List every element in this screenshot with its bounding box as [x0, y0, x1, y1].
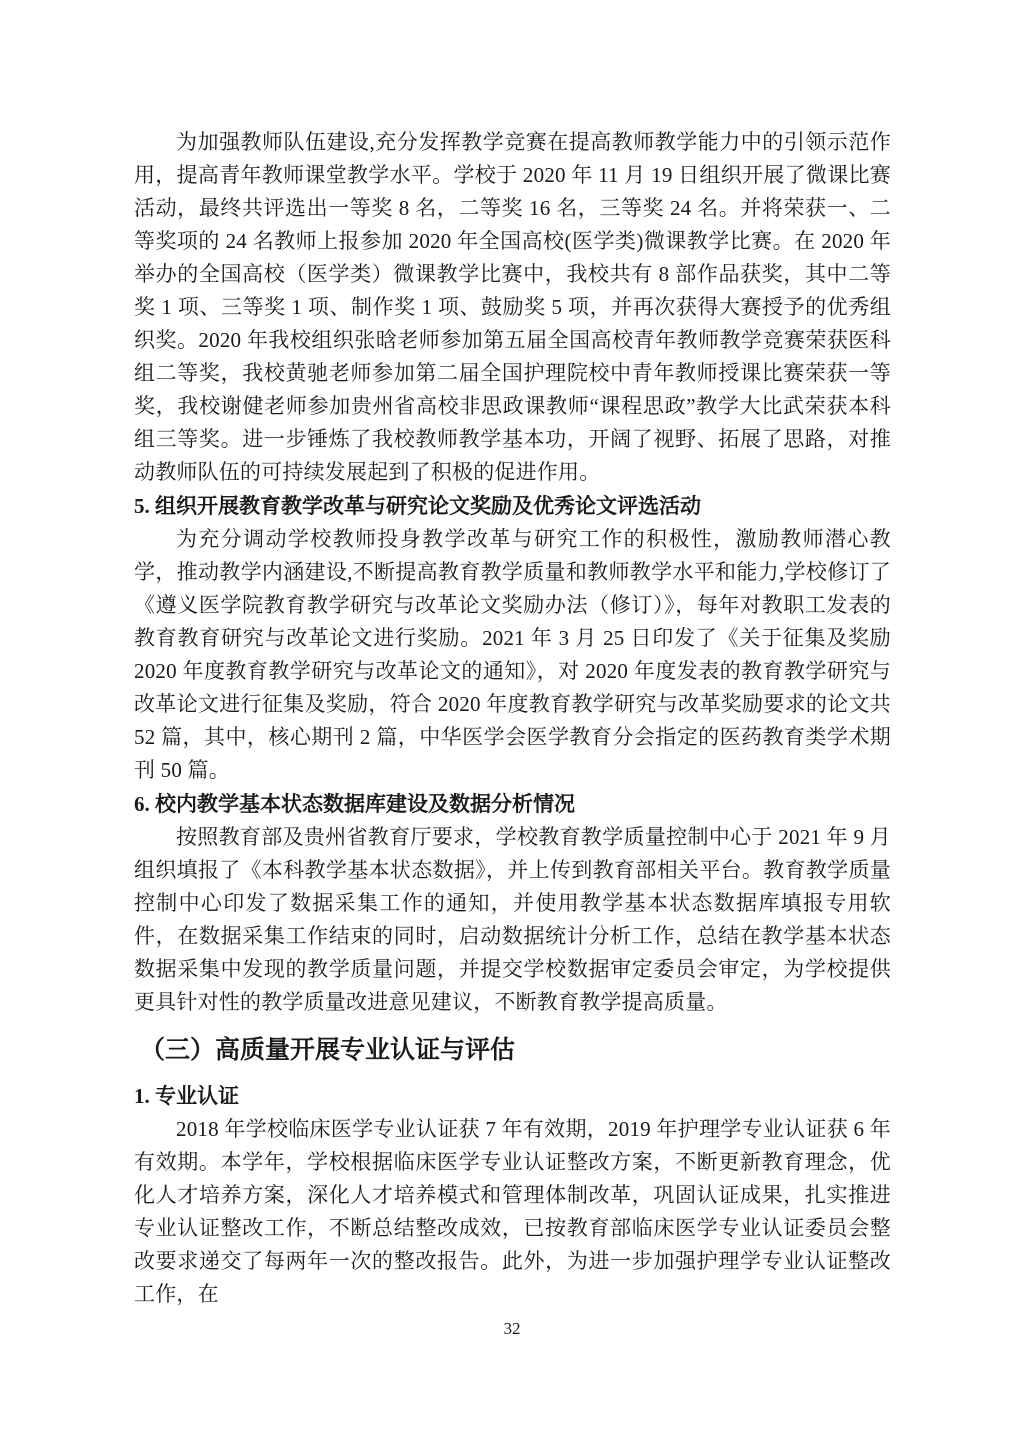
- page-number: 32: [0, 1318, 1024, 1340]
- document-body: 为加强教师队伍建设,充分发挥教学竞赛在提高教师教学能力中的引领示范作用，提高青年…: [134, 126, 891, 1311]
- paragraph: 为充分调动学校教师投身教学改革与研究工作的积极性，激励教师潜心教学，推动教学内涵…: [134, 523, 891, 787]
- paragraph: 2018 年学校临床医学专业认证获 7 年有效期，2019 年护理学专业认证获 …: [134, 1113, 891, 1311]
- paragraph: 为加强教师队伍建设,充分发挥教学竞赛在提高教师教学能力中的引领示范作用，提高青年…: [134, 126, 891, 489]
- numbered-heading: 5. 组织开展教育教学改革与研究论文奖励及优秀论文评选活动: [134, 489, 891, 523]
- numbered-heading: 6. 校内教学基本状态数据库建设及数据分析情况: [134, 787, 891, 821]
- section-heading: （三）高质量开展专业认证与评估: [140, 1032, 891, 1070]
- document-page: 为加强教师队伍建设,充分发挥教学竞赛在提高教师教学能力中的引领示范作用，提高青年…: [0, 0, 1024, 1448]
- paragraph: 按照教育部及贵州省教育厅要求，学校教育教学质量控制中心于 2021 年 9 月组…: [134, 821, 891, 1019]
- numbered-heading: 1. 专业认证: [134, 1079, 891, 1113]
